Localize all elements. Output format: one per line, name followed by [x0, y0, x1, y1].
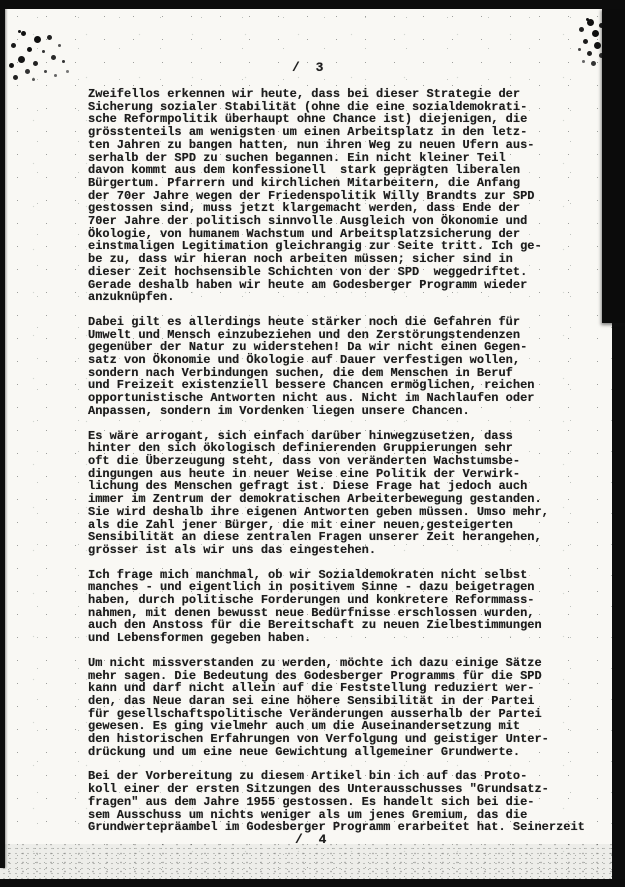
scan-edge-left [0, 8, 5, 868]
scan-edge-top [0, 0, 625, 9]
paragraph-6: Bei der Vorbereitung zu diesem Artikel b… [88, 770, 602, 834]
scanned-document-page: / 3 Zweifellos erkennen wir heute, dass … [0, 0, 625, 887]
page-number-header: / 3 [292, 60, 327, 75]
page-number-footer: / 4 [295, 832, 330, 847]
scan-edge-bottom [0, 879, 625, 887]
paragraph-2: Dabei gilt es allerdings heute stärker n… [88, 316, 602, 418]
paragraph-4: Ich frage mich manchmal, ob wir Sozialde… [88, 569, 602, 645]
scan-edge-right-upper [602, 8, 625, 323]
bottom-noise-band [0, 844, 625, 880]
paragraph-1: Zweifellos erkennen wir heute, dass bei … [88, 88, 602, 304]
paragraph-3: Es wäre arrogant, sich einfach darüber h… [88, 430, 602, 557]
document-body: Zweifellos erkennen wir heute, dass bei … [88, 88, 602, 846]
ink-smudge-top-left [18, 30, 21, 33]
paragraph-5: Um nicht missverstanden zu werden, möcht… [88, 657, 602, 759]
ink-smudge-top-right [586, 18, 589, 21]
